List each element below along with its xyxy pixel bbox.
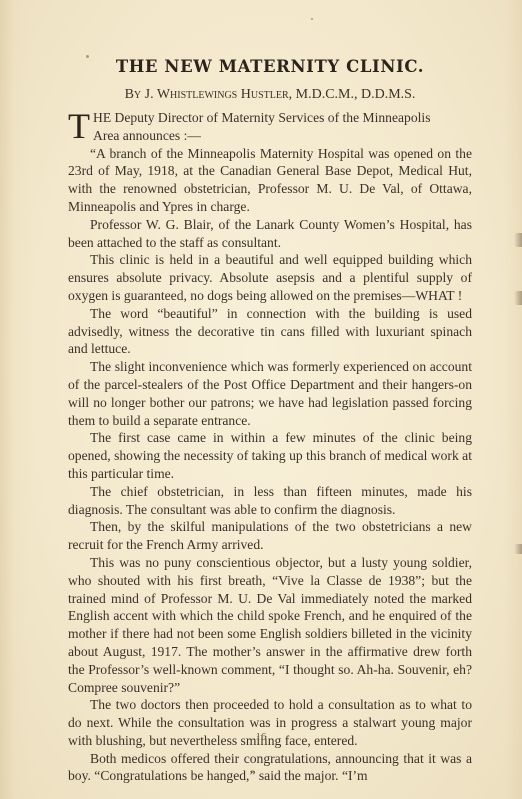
article-byline: By J. Whistlewings Hustler, M.D.C.M., D.…	[68, 86, 472, 104]
paragraph-7: The chief obstetrician, in less than fif…	[68, 483, 472, 519]
paragraph-1: “A branch of the Minneapolis Maternity H…	[68, 145, 472, 216]
article-title: THE NEW MATERNITY CLINIC.	[68, 56, 472, 78]
drop-cap: T	[68, 111, 90, 141]
paragraph-5: The slight inconvenience which was forme…	[68, 358, 472, 429]
paragraph-3: This clinic is held in a beautiful and w…	[68, 251, 472, 304]
paragraph-11: Both medicos offered their congratulatio…	[68, 750, 472, 786]
paragraph-8: Then, by the skilful manipulations of th…	[68, 518, 472, 554]
opening-line-hang: Area announces :—	[68, 127, 472, 145]
opening-paragraph: T HE Deputy Director of Maternity Servic…	[68, 109, 472, 145]
scan-speck	[86, 55, 89, 58]
opening-line: HE Deputy Director of Maternity Services…	[93, 110, 431, 125]
scan-speck	[251, 770, 254, 773]
article: THE NEW MATERNITY CLINIC. By J. Whistlew…	[68, 56, 472, 785]
page-edge-mark	[514, 291, 522, 305]
paragraph-6: The first case came in within a few minu…	[68, 429, 472, 482]
paragraph-4: The word “beautiful” in connection with …	[68, 305, 472, 358]
scan-speck	[311, 18, 313, 20]
article-body: T HE Deputy Director of Maternity Servic…	[68, 109, 472, 785]
paragraph-9: This was no puny conscientious objector,…	[68, 554, 472, 696]
scanned-page: THE NEW MATERNITY CLINIC. By J. Whistlew…	[0, 0, 522, 799]
scan-speck	[293, 739, 295, 741]
page-number: 16	[0, 731, 522, 743]
page-edge-mark	[514, 544, 522, 554]
page-edge-mark	[514, 233, 522, 247]
paragraph-2: Professor W. G. Blair, of the Lanark Cou…	[68, 216, 472, 252]
